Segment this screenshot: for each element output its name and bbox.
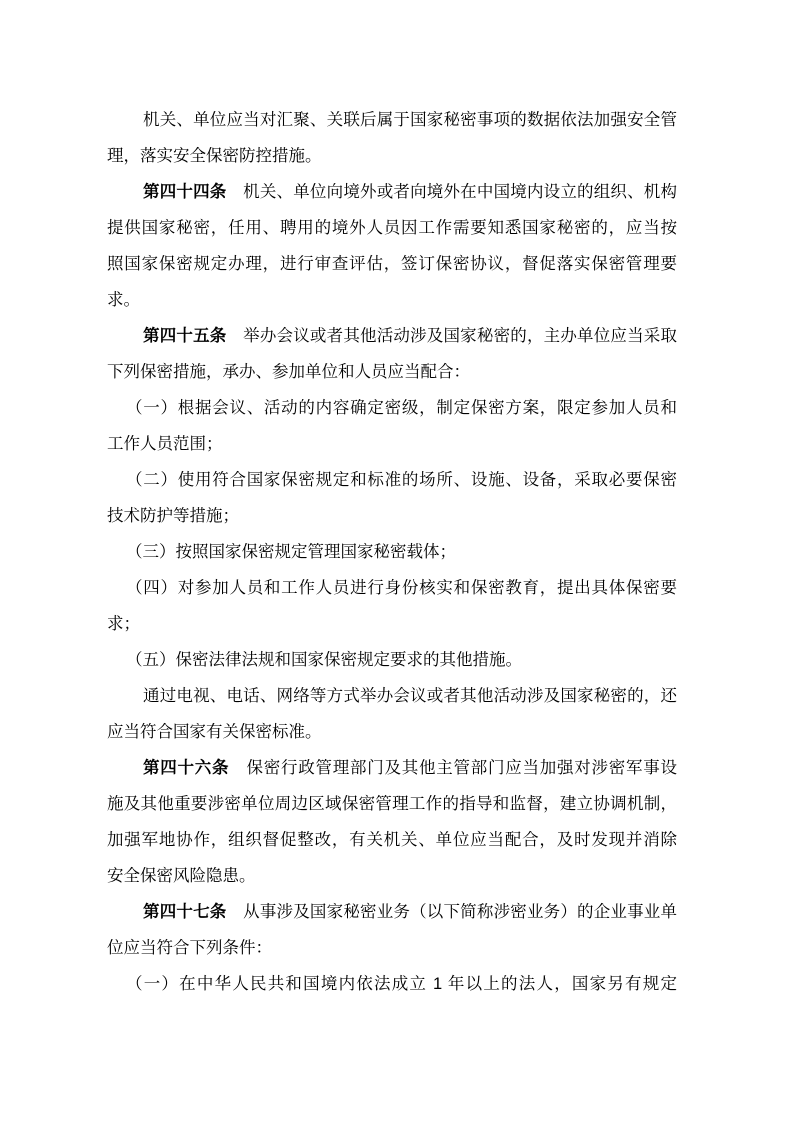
text-line: 第四十五条 举办会议或者其他活动涉及国家秘密的，主办单位应当采取 <box>107 318 677 354</box>
article-number: 第四十六条 <box>143 759 229 777</box>
text-line: 机关、单位应当对汇聚、关联后属于国家秘密事项的数据依法加强安全管 <box>107 102 677 138</box>
text-line: 第四十四条 机关、单位向境外或者向境外在中国境内设立的组织、机构 <box>107 174 677 210</box>
text-line: 提供国家秘密，任用、聘用的境外人员因工作需要知悉国家秘密的，应当按 <box>107 210 677 246</box>
text-line: 安全保密风险隐患。 <box>107 858 677 894</box>
text-line: 施及其他重要涉密单位周边区域保密管理工作的指导和监督，建立协调机制， <box>107 786 677 822</box>
article-number: 第四十五条 <box>143 327 226 345</box>
text-line: 技术防护等措施； <box>107 498 677 534</box>
document-page: 机关、单位应当对汇聚、关联后属于国家秘密事项的数据依法加强安全管理，落实安全保密… <box>0 0 793 1122</box>
text-line: 位应当符合下列条件： <box>107 930 677 966</box>
text-line: （三）按照国家保密规定管理国家秘密载体； <box>107 534 677 570</box>
document-body: 机关、单位应当对汇聚、关联后属于国家秘密事项的数据依法加强安全管理，落实安全保密… <box>107 102 677 1002</box>
text-line: （一）根据会议、活动的内容确定密级，制定保密方案，限定参加人员和 <box>107 390 677 426</box>
text-line: 第四十六条 保密行政管理部门及其他主管部门应当加强对涉密军事设 <box>107 750 677 786</box>
text-line: （五）保密法律法规和国家保密规定要求的其他措施。 <box>107 642 677 678</box>
article-number: 第四十四条 <box>143 183 226 201</box>
text-line: 求。 <box>107 282 677 318</box>
text-line: 理，落实安全保密防控措施。 <box>107 138 677 174</box>
text-line: 工作人员范围； <box>107 426 677 462</box>
text-line: 下列保密措施，承办、参加单位和人员应当配合： <box>107 354 677 390</box>
text-line: （四）对参加人员和工作人员进行身份核实和保密教育，提出具体保密要 <box>107 570 677 606</box>
text-line: 求； <box>107 606 677 642</box>
text-line: 应当符合国家有关保密标准。 <box>107 714 677 750</box>
text-line: 通过电视、电话、网络等方式举办会议或者其他活动涉及国家秘密的，还 <box>107 678 677 714</box>
text-line: （一）在中华人民共和国境内依法成立 1 年以上的法人，国家另有规定 <box>107 966 677 1002</box>
text-line: 第四十七条 从事涉及国家秘密业务（以下简称涉密业务）的企业事业单 <box>107 894 677 930</box>
text-line: 加强军地协作，组织督促整改，有关机关、单位应当配合，及时发现并消除 <box>107 822 677 858</box>
text-line: 照国家保密规定办理，进行审查评估，签订保密协议，督促落实保密管理要 <box>107 246 677 282</box>
text-line: （二）使用符合国家保密规定和标准的场所、设施、设备，采取必要保密 <box>107 462 677 498</box>
article-number: 第四十七条 <box>143 903 226 921</box>
